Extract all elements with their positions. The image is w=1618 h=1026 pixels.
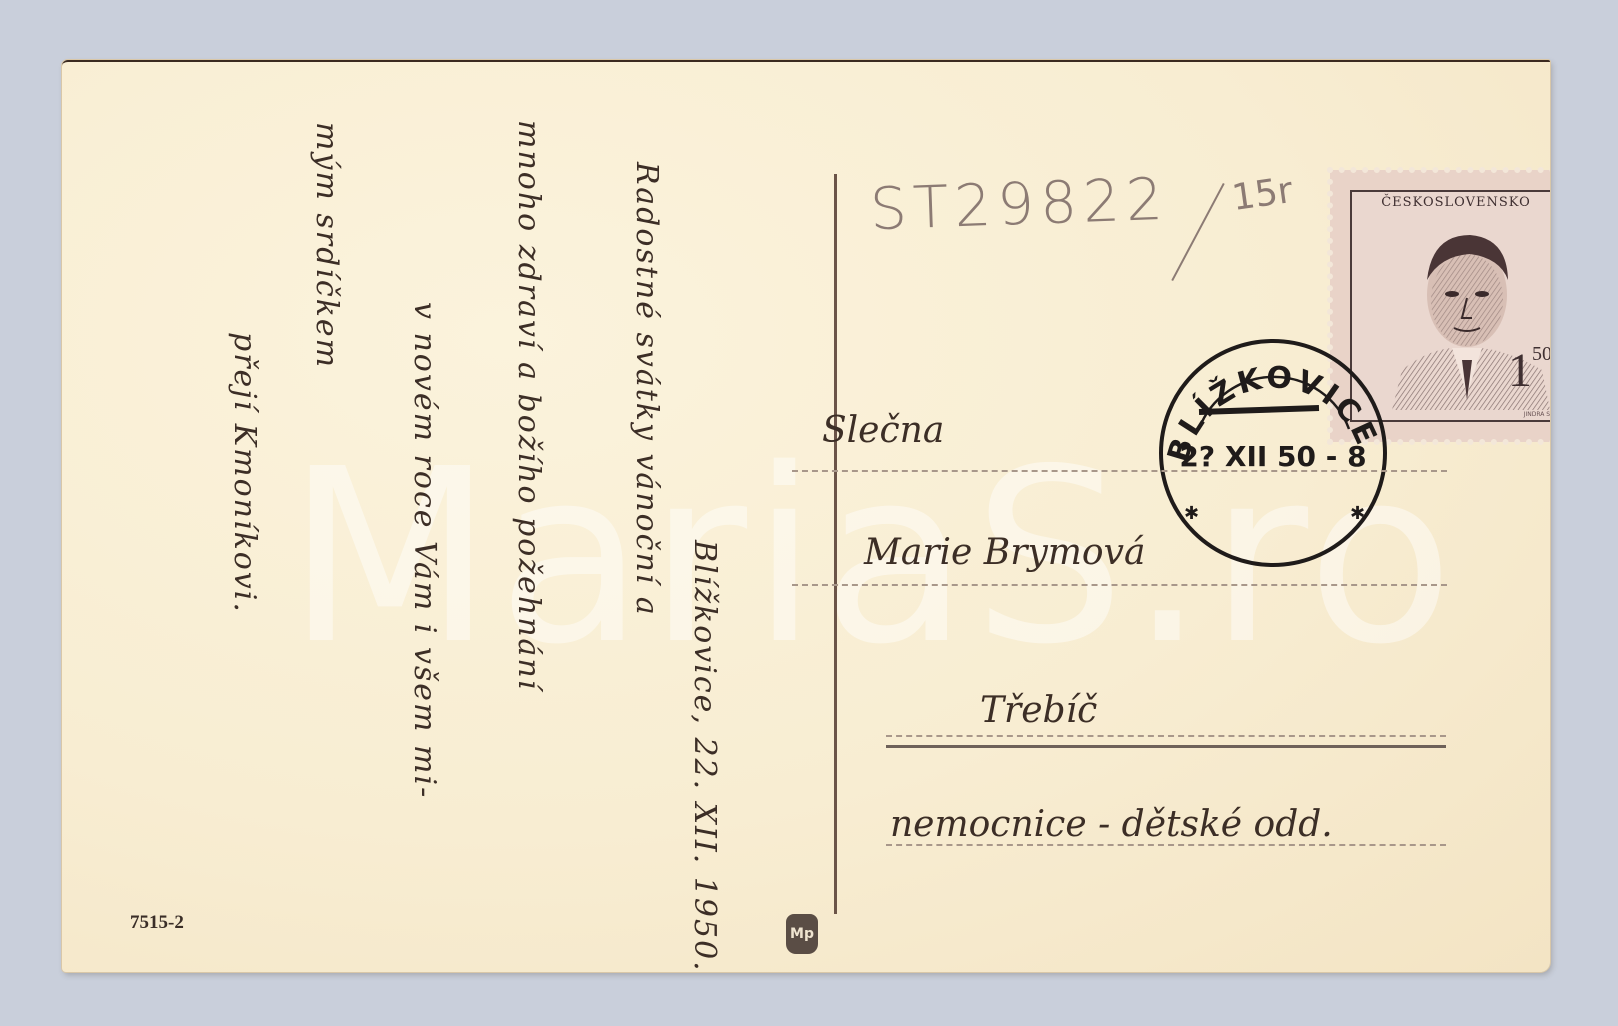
address-line-3 (886, 735, 1446, 737)
address-name: Marie Brymová (864, 532, 1145, 573)
pencil-slash (1171, 183, 1224, 281)
stamp-engraver: JINDRA S. (1524, 411, 1550, 418)
address-city: Třebíč (980, 690, 1097, 731)
publisher-logo-icon: Mp (786, 914, 818, 954)
address-line-4 (886, 844, 1446, 846)
stamp-country: ČESKOSLOVENSKO (1356, 195, 1550, 210)
message-line-2: mnoho zdraví a božího požehnání (511, 120, 546, 691)
address-salutation: Slečna (822, 410, 944, 451)
address-detail: nemocnice - dětské odd. (890, 804, 1333, 845)
message-date-line: Blížkovice, 22. XII. 1950. (687, 540, 722, 972)
svg-text:✱: ✱ (1350, 503, 1365, 524)
message-line-4: mým srdíčkem (309, 122, 344, 369)
svg-text:2? XII 50 - 8: 2? XII 50 - 8 (1179, 440, 1366, 473)
message-line-1: Radostné svátky vánoční a (629, 162, 664, 617)
svg-text:✱: ✱ (1184, 503, 1199, 524)
stamp-denomination: 150 (1508, 343, 1550, 398)
pencil-price-note: 15r (1229, 170, 1295, 219)
address-line-1 (792, 470, 1447, 472)
message-line-3: v novém roce Vám i všem mi- (407, 302, 442, 799)
center-divider (834, 174, 837, 914)
print-number: 7515-2 (130, 912, 184, 934)
postcard: MariaS.ro Blížkovice, 22. XII. 1950. Rad… (62, 60, 1550, 972)
pencil-inventory-code: ST29822 (869, 165, 1170, 243)
address-line-2 (792, 584, 1447, 586)
postmark-icon: BLÍŽKOVICE 2? XII 50 - 8 ✱ ✱ (1154, 334, 1392, 572)
message-signature: přejí Kmoníkovi. (227, 332, 262, 614)
address-city-underline (886, 745, 1446, 748)
